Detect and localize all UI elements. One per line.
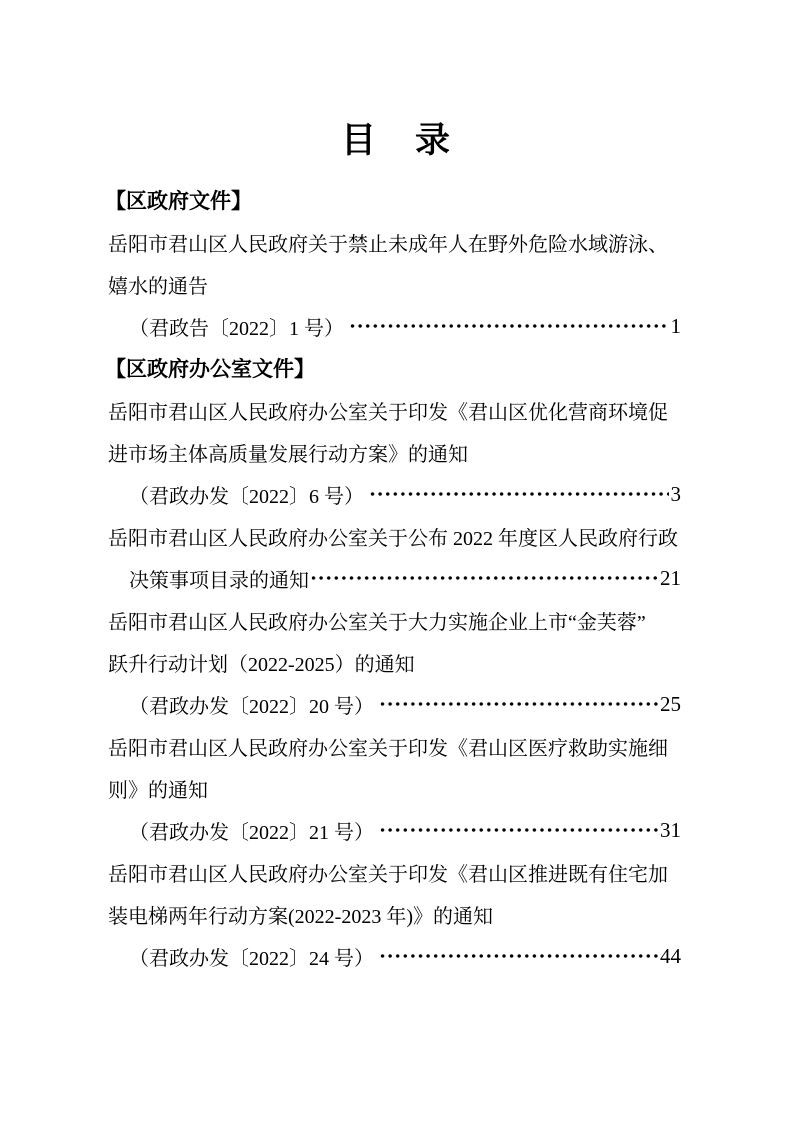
- entry-ref-line: （君政办发〔2022〕21 号） 31: [108, 809, 681, 851]
- toc-entry: 岳阳市君山区人民政府办公室关于印发《君山区推进既有住宅加 装电梯两年行动方案(2…: [108, 851, 681, 977]
- toc-entry: 岳阳市君山区人民政府办公室关于公布 2022 年度区人民政府行政 决策事项目录的…: [108, 515, 681, 599]
- entry-title-line: 岳阳市君山区人民政府办公室关于印发《君山区优化营商环境促: [108, 389, 681, 431]
- entry-doc-number: （君政办发〔2022〕6 号）: [129, 480, 364, 509]
- entry-ref-line: （君政办发〔2022〕20 号） 25: [108, 683, 681, 725]
- dot-leader: [370, 490, 669, 498]
- entry-title-line: 岳阳市君山区人民政府办公室关于大力实施企业上市“金芙蓉”: [108, 599, 681, 641]
- page-number: 44: [660, 944, 681, 969]
- entry-doc-number: （君政办发〔2022〕20 号）: [129, 690, 374, 719]
- toc-page: 目 录 【区政府文件】 岳阳市君山区人民政府关于禁止未成年人在野外危险水域游泳、…: [0, 0, 793, 1122]
- entry-cont-line: 决策事项目录的通知 21: [108, 557, 681, 599]
- entry-title-continuation: 决策事项目录的通知: [129, 564, 309, 593]
- entry-title-line: 嬉水的通告: [108, 263, 681, 305]
- entry-title-line: 进市场主体高质量发展行动方案》的通知: [108, 431, 681, 473]
- entry-title-line: 装电梯两年行动方案(2022-2023 年)》的通知: [108, 893, 681, 935]
- entry-doc-number: （君政告〔2022〕1 号）: [129, 312, 344, 341]
- section-heading: 【区政府办公室文件】: [105, 347, 681, 389]
- entry-title-line: 岳阳市君山区人民政府关于禁止未成年人在野外危险水域游泳、: [108, 221, 681, 263]
- entry-title-line: 则》的通知: [108, 767, 681, 809]
- toc-entry: 岳阳市君山区人民政府办公室关于印发《君山区优化营商环境促 进市场主体高质量发展行…: [108, 389, 681, 515]
- entry-title-line: 岳阳市君山区人民政府办公室关于公布 2022 年度区人民政府行政: [108, 515, 681, 557]
- page-number: 3: [671, 482, 682, 507]
- page-title: 目 录: [0, 121, 793, 161]
- toc-entry: 岳阳市君山区人民政府办公室关于大力实施企业上市“金芙蓉” 跃升行动计划（2022…: [108, 599, 681, 725]
- dot-leader: [350, 322, 669, 330]
- page-number: 21: [660, 566, 681, 591]
- dot-leader: [380, 700, 658, 708]
- entry-ref-line: （君政办发〔2022〕24 号） 44: [108, 935, 681, 977]
- page-number: 25: [660, 692, 681, 717]
- toc-entry: 岳阳市君山区人民政府关于禁止未成年人在野外危险水域游泳、 嬉水的通告 （君政告〔…: [108, 221, 681, 347]
- toc-list: 【区政府文件】 岳阳市君山区人民政府关于禁止未成年人在野外危险水域游泳、 嬉水的…: [0, 179, 793, 977]
- entry-doc-number: （君政办发〔2022〕24 号）: [129, 942, 374, 971]
- page-number: 31: [660, 818, 681, 843]
- dot-leader: [380, 952, 658, 960]
- entry-title-line: 跃升行动计划（2022-2025）的通知: [108, 641, 681, 683]
- page-number: 1: [671, 314, 682, 339]
- dot-leader: [311, 574, 658, 582]
- dot-leader: [380, 826, 658, 834]
- entry-ref-line: （君政告〔2022〕1 号） 1: [108, 305, 681, 347]
- entry-doc-number: （君政办发〔2022〕21 号）: [129, 816, 374, 845]
- entry-title-line: 岳阳市君山区人民政府办公室关于印发《君山区医疗救助实施细: [108, 725, 681, 767]
- entry-ref-line: （君政办发〔2022〕6 号） 3: [108, 473, 681, 515]
- section-heading: 【区政府文件】: [105, 179, 681, 221]
- entry-title-line: 岳阳市君山区人民政府办公室关于印发《君山区推进既有住宅加: [108, 851, 681, 893]
- toc-entry: 岳阳市君山区人民政府办公室关于印发《君山区医疗救助实施细 则》的通知 （君政办发…: [108, 725, 681, 851]
